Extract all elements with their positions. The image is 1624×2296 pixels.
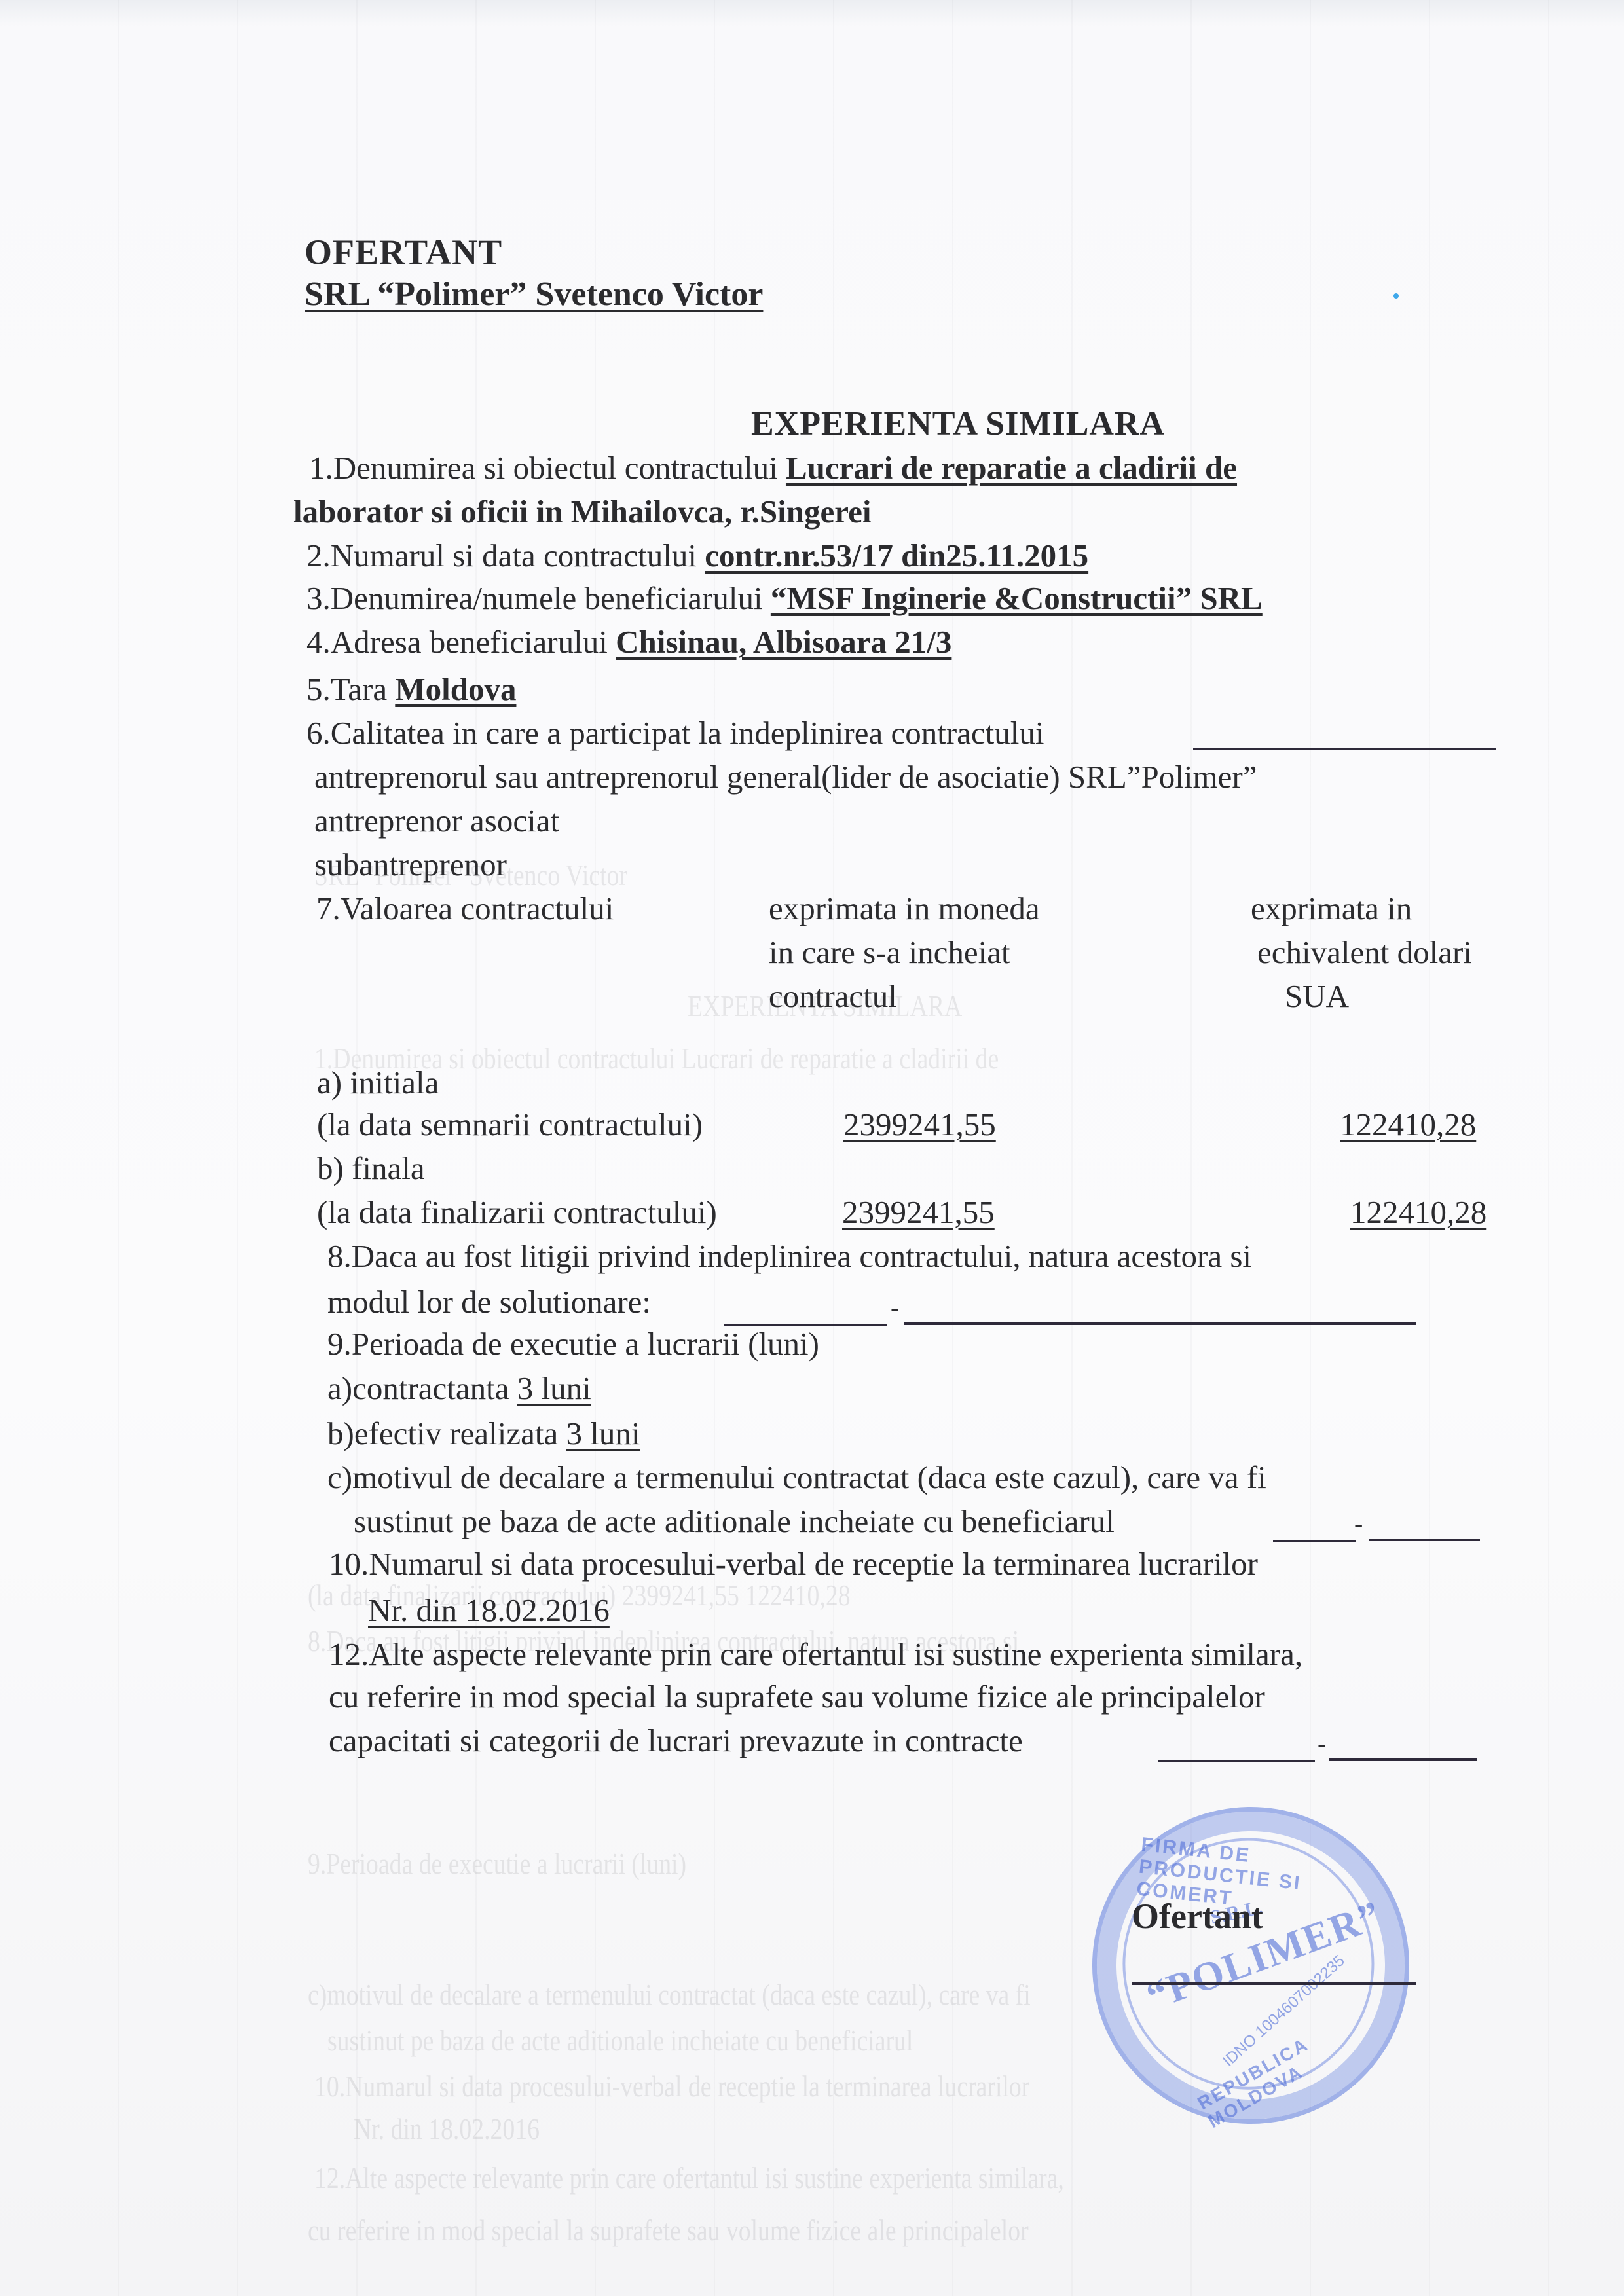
bleed-through-text: 12.Alte aspecte relevante prin care ofer… bbox=[314, 2160, 1064, 2195]
item-4: 4.Adresa beneficiarului Chisinau, Albiso… bbox=[306, 626, 951, 658]
item-5-value: Moldova bbox=[395, 671, 516, 707]
col-local-header: exprimata in moneda bbox=[769, 892, 1040, 924]
item-2-label: 2.Numarul si data contractului bbox=[306, 538, 705, 574]
row-initial-value-local: 2399241,55 bbox=[843, 1108, 996, 1140]
document-title: EXPERIENTA SIMILARA bbox=[751, 407, 1165, 441]
item-9b-value: 3 luni bbox=[566, 1415, 640, 1451]
item-7-label: 7.Valoarea contractului bbox=[316, 892, 614, 924]
offerer-label: OFERTANT bbox=[304, 234, 502, 270]
item-1-label: 1.Denumirea si obiectul contractului bbox=[309, 450, 786, 486]
item-9a: a)contractanta 3 luni bbox=[327, 1372, 591, 1404]
col-local-header: in care s-a incheiat bbox=[769, 936, 1010, 968]
item-5-label: 5.Tara bbox=[306, 671, 395, 707]
item-12-blank bbox=[1329, 1758, 1477, 1761]
item-10-label: 10.Numarul si data procesului-verbal de … bbox=[329, 1548, 1258, 1580]
row-final-value-usd: 122410,28 bbox=[1350, 1196, 1486, 1228]
item-9a-label: a)contractanta bbox=[327, 1370, 517, 1406]
item-2: 2.Numarul si data contractului contr.nr.… bbox=[306, 539, 1088, 572]
scanned-page: SRL "Polimer" Svetenco Victor EXPERIENTA… bbox=[0, 0, 1624, 2296]
offerer-company: SRL “Polimer” Svetenco Victor bbox=[304, 278, 763, 312]
col-usd-header: SUA bbox=[1285, 980, 1349, 1012]
item-8-blank bbox=[904, 1322, 1416, 1325]
item-2-value: contr.nr.53/17 din25.11.2015 bbox=[705, 538, 1088, 574]
item-9c-label: c)motivul de decalare a termenului contr… bbox=[327, 1461, 1266, 1493]
signature-line bbox=[1132, 1982, 1416, 1985]
item-6-option: subantreprenor bbox=[314, 848, 507, 881]
item-8-label: 8.Daca au fost litigii privind indeplini… bbox=[327, 1240, 1251, 1272]
item-3-value: “MSF Inginerie &Constructii” SRL bbox=[771, 580, 1263, 616]
item-9b: b)efectiv realizata 3 luni bbox=[327, 1417, 640, 1449]
bleed-through-text: 9.Perioada de executie a lucrarii (luni) bbox=[308, 1846, 686, 1881]
item-8-label-cont: modul lor de solutionare: bbox=[327, 1286, 651, 1318]
row-initial-sublabel: (la data semnarii contractului) bbox=[317, 1108, 703, 1140]
bleed-through-text: cu referire in mod special la suprafete … bbox=[308, 2213, 1029, 2248]
bleed-through-text: 10.Numarul si data procesului-verbal de … bbox=[314, 2069, 1029, 2104]
item-1: 1.Denumirea si obiectul contractului Luc… bbox=[309, 452, 1237, 484]
bleed-through-text: sustinut pe baza de acte aditionale inch… bbox=[327, 2023, 913, 2058]
item-10-value: Nr. din 18.02.2016 bbox=[368, 1594, 610, 1626]
company-stamp: FIRMA DE PRODUCTIE SI COMERT S.R.L. “POL… bbox=[1063, 1777, 1439, 2153]
row-initial-value-usd: 122410,28 bbox=[1340, 1108, 1476, 1140]
item-9c-label-cont: sustinut pe baza de acte aditionale inch… bbox=[354, 1505, 1115, 1537]
item-6-option: antreprenor asociat bbox=[314, 805, 559, 837]
item-3-label: 3.Denumirea/numele beneficiarului bbox=[306, 580, 771, 616]
item-5: 5.Tara Moldova bbox=[306, 673, 516, 705]
col-usd-header: exprimata in bbox=[1251, 892, 1412, 924]
item-4-value: Chisinau, Albisoara 21/3 bbox=[616, 624, 951, 660]
bleed-through-text: Nr. din 18.02.2016 bbox=[354, 2111, 540, 2146]
col-local-header: contractul bbox=[769, 980, 897, 1012]
ink-speck bbox=[1393, 293, 1399, 299]
item-9b-label: b)efectiv realizata bbox=[327, 1415, 566, 1451]
item-12-label-cont: capacitati si categorii de lucrari preva… bbox=[329, 1724, 1023, 1757]
item-6-option: antreprenorul sau antreprenorul general(… bbox=[314, 761, 1257, 793]
row-final-label: b) finala bbox=[317, 1152, 425, 1184]
item-12-blank bbox=[1158, 1760, 1315, 1762]
row-final-value-local: 2399241,55 bbox=[842, 1196, 995, 1228]
item-9-label: 9.Perioada de executie a lucrarii (luni) bbox=[327, 1328, 819, 1360]
item-1-value-cont: laborator si oficii in Mihailovca, r.Sin… bbox=[293, 496, 871, 528]
item-12-value: - bbox=[1318, 1731, 1326, 1757]
item-9c-blank bbox=[1369, 1539, 1480, 1541]
item-12-label: 12.Alte aspecte relevante prin care ofer… bbox=[329, 1638, 1302, 1670]
item-6-blank bbox=[1193, 748, 1496, 750]
item-12-label-cont: cu referire in mod special la suprafete … bbox=[329, 1681, 1265, 1713]
signature-label: Ofertant bbox=[1132, 1899, 1263, 1934]
item-8-value: - bbox=[891, 1295, 899, 1321]
col-usd-header: echivalent dolari bbox=[1257, 936, 1472, 968]
row-initial-label: a) initiala bbox=[317, 1066, 439, 1099]
item-4-label: 4.Adresa beneficiarului bbox=[306, 624, 616, 660]
row-final-sublabel: (la data finalizarii contractului) bbox=[317, 1196, 717, 1228]
item-1-value: Lucrari de reparatie a cladirii de bbox=[786, 450, 1237, 486]
bleed-through-text: c)motivul de decalare a termenului contr… bbox=[308, 1977, 1031, 2012]
item-3: 3.Denumirea/numele beneficiarului “MSF I… bbox=[306, 582, 1263, 614]
item-9a-value: 3 luni bbox=[517, 1370, 591, 1406]
item-9c-blank bbox=[1273, 1540, 1356, 1542]
item-6-label: 6.Calitatea in care a participat la inde… bbox=[306, 717, 1044, 749]
item-9c-value: - bbox=[1354, 1511, 1363, 1537]
